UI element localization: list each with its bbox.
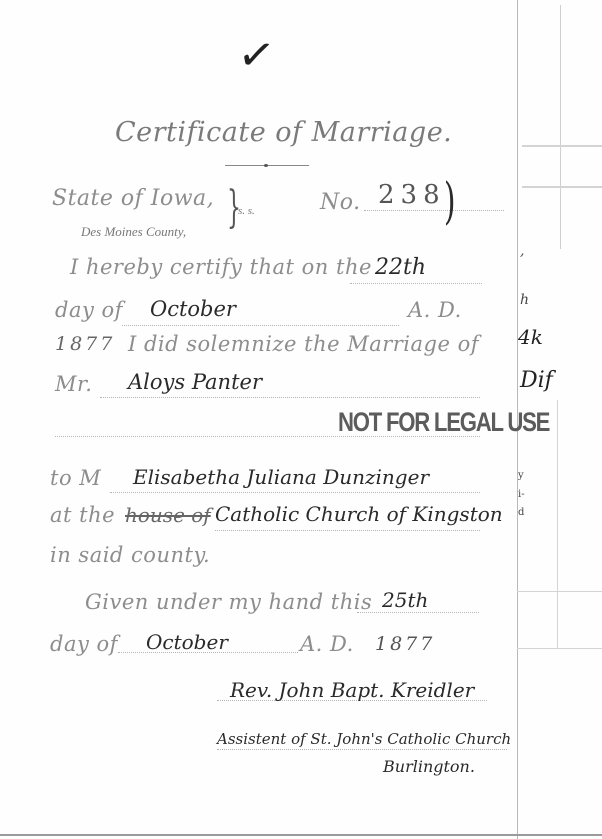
mr-label: Mr. bbox=[55, 372, 92, 396]
given-year: 1877 bbox=[375, 633, 435, 655]
in-said-county-text: in said county. bbox=[50, 543, 210, 567]
certificate-number: 238 bbox=[378, 180, 446, 210]
ruled-line bbox=[522, 145, 602, 147]
bride-field-line bbox=[110, 492, 480, 493]
day-of-text: day of bbox=[55, 298, 123, 322]
scan-bottom-edge bbox=[0, 834, 602, 836]
at-the-label: at the bbox=[50, 503, 115, 527]
margin-fragment: 4k bbox=[518, 325, 543, 349]
number-field-line bbox=[364, 210, 504, 211]
margin-fragment: Dif bbox=[520, 368, 553, 393]
not-for-legal-use-stamp: NOT FOR LEGAL USE bbox=[338, 407, 549, 438]
ss-label: s. s. bbox=[238, 205, 255, 217]
month-field-line bbox=[122, 325, 399, 326]
ruled-line bbox=[522, 186, 602, 188]
ruled-line bbox=[517, 591, 602, 592]
given-day: 25th bbox=[382, 588, 428, 612]
ruled-line bbox=[557, 400, 558, 648]
given-ad-label: A. D. bbox=[300, 632, 354, 656]
groom-name: Aloys Panter bbox=[128, 370, 262, 394]
margin-fragment: , bbox=[520, 243, 524, 259]
ad-label: A. D. bbox=[408, 298, 462, 322]
number-overwrite: ) bbox=[444, 172, 456, 230]
solemnize-text: I did solemnize the Marriage of bbox=[128, 332, 479, 356]
given-text: Given under my hand this bbox=[85, 590, 372, 614]
margin-fragment: i- bbox=[518, 489, 525, 500]
day-field-line bbox=[350, 283, 482, 284]
certificate-page: ✓ Certificate of Marriage. State of Iowa… bbox=[0, 0, 602, 839]
title-line bbox=[217, 749, 507, 750]
state-label: State of Iowa, bbox=[52, 186, 214, 211]
margin-fragment: d bbox=[518, 507, 524, 518]
check-mark-icon: ✓ bbox=[235, 28, 279, 84]
county-label: Des Moines County, bbox=[81, 224, 186, 240]
groom-field-line bbox=[100, 397, 480, 398]
margin-fragment: h bbox=[520, 292, 529, 308]
struck-house-of: house of bbox=[125, 503, 211, 527]
ruled-line bbox=[517, 648, 602, 649]
place-field-line bbox=[215, 530, 480, 531]
signature-title: Assistent of St. John's Catholic Church bbox=[217, 730, 511, 748]
certify-text: I hereby certify that on the bbox=[70, 255, 372, 279]
number-label: No. bbox=[320, 190, 361, 215]
marriage-day: 22th bbox=[375, 255, 426, 280]
signature: Rev. John Bapt. Kreidler bbox=[230, 678, 474, 702]
title-ornament-dot bbox=[264, 164, 268, 167]
marriage-month: October bbox=[150, 297, 236, 321]
given-month: October bbox=[146, 630, 228, 654]
to-label: to M bbox=[50, 466, 101, 490]
given-day-field-line bbox=[357, 612, 479, 613]
marriage-year: 1877 bbox=[55, 333, 115, 355]
margin-fragment: y bbox=[518, 470, 524, 481]
certificate-title: Certificate of Marriage. bbox=[115, 117, 452, 148]
marriage-place: Catholic Church of Kingston bbox=[215, 502, 503, 526]
bride-name: Elisabetha Juliana Dunzinger bbox=[133, 465, 429, 489]
sheet-edge-inner bbox=[560, 5, 561, 249]
signature-city: Burlington. bbox=[383, 757, 475, 776]
given-day-of-text: day of bbox=[50, 632, 118, 656]
